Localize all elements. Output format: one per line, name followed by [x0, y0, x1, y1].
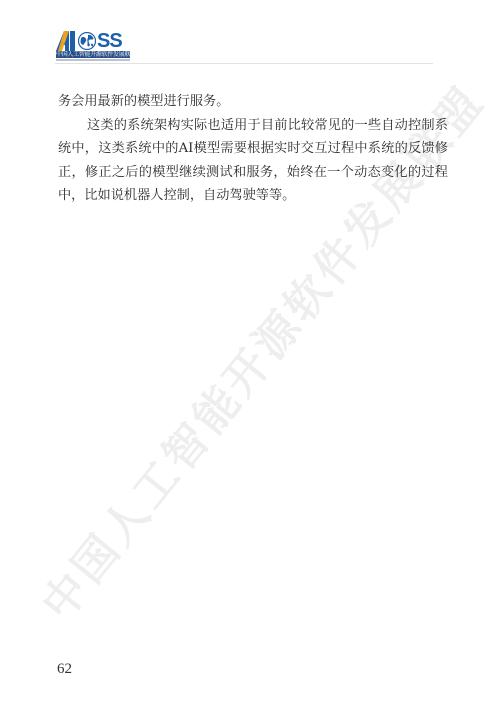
aioss-logo: SS 中国人工智能开源软件发展联盟 — [56, 30, 136, 64]
document-page: 中国人工智能开源软件发展联盟 SS 中国人工智能 — [0, 0, 502, 709]
logo-wordmark: SS — [56, 30, 122, 52]
paragraph-2: 这类的系统架构实际也适用于目前比较常见的一些自动控制系统中，这类系统中的AI模型… — [58, 114, 448, 208]
logo-ss-text: SS — [97, 31, 122, 51]
globe-icon — [78, 32, 96, 50]
logo-chinese-name: 中国人工智能开源软件发展联盟 — [56, 51, 130, 58]
page-number: 62 — [57, 661, 72, 678]
logo-a-icon — [56, 31, 78, 51]
body-text: 务会用最新的模型进行服务。 这类的系统架构实际也适用于目前比较常见的一些自动控制… — [58, 90, 448, 208]
logo-english-subtitle — [56, 59, 130, 61]
paragraph-1: 务会用最新的模型进行服务。 — [58, 90, 448, 114]
